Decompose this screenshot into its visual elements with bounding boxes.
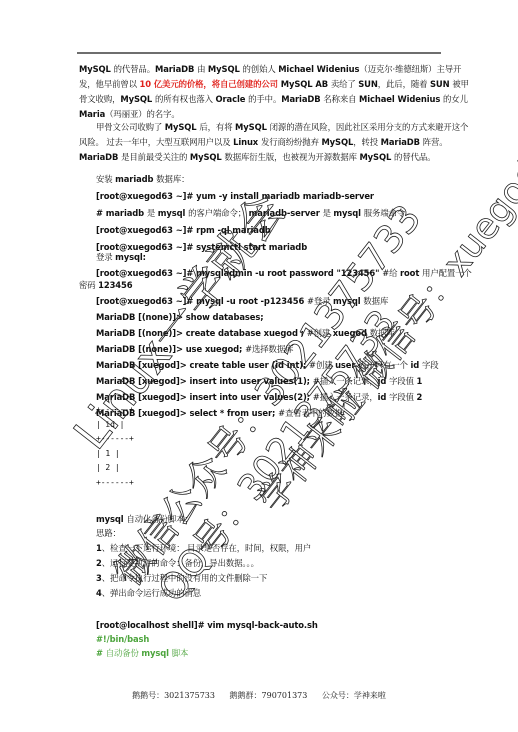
document-page: MySQL 的代替品。MariaDB 由 MySQL 的创始人 Michael … — [0, 0, 518, 732]
login-command-line: [root@xuegod63 ~]# mysql -u root -p12345… — [96, 296, 388, 307]
login-command-line: MariaDB [(none)]> use xuegod; #选择数据库 — [96, 344, 293, 355]
login-command-line: [root@xuegod63 ~]# mysqladmin -u root pa… — [96, 268, 472, 279]
backup-heading: mysql 自动化备份脚本： — [96, 514, 193, 525]
login-command-line: MariaDB [xuegod]> insert into user value… — [96, 392, 422, 403]
page-footer: 鹅鹅号：3021375733 鹅鹅群：790701373 公众号：学神来啦 — [0, 690, 518, 701]
intro-paragraph-line: 发，他早前曾以 10 亿美元的价格，将自己创建的公司 MySQL AB 卖给了 … — [79, 79, 469, 90]
shebang-line: #!/bin/bash — [96, 634, 149, 645]
intro-paragraph-line: 骨文收购，MySQL 的所有权也落入 Oracle 的手中。MariaDB 名称… — [79, 94, 468, 105]
footer-account: 公众号：学神来啦 — [322, 691, 386, 700]
intro-paragraph-line: MySQL 的代替品。MariaDB 由 MySQL 的创始人 Michael … — [79, 64, 461, 75]
login-command-line: MariaDB [(none)]> show databases; — [96, 312, 264, 323]
install-command-line: [root@xuegod63 ~]# rpm -ql mariadb — [96, 225, 271, 236]
install-command-line: # mariadb 是 mysql 的客户端命令； mariadb-server… — [96, 208, 405, 219]
login-command-line: MariaDB [xuegod]> create table user (id … — [96, 360, 439, 371]
install-command-line: [root@xuegod63 ~]# yum -y install mariad… — [96, 191, 374, 202]
backup-step: 3、把命令执行过程中的没有用的文件删除一下 — [96, 573, 267, 584]
intro-paragraph-line: 风险。 过去一年中，大型互联网用户以及 Linux 发行商纷纷抛弃 MySQL，… — [79, 137, 448, 148]
result-table-row: +------+ — [96, 477, 134, 488]
result-table-row: | 2 | — [96, 462, 120, 473]
login-heading: 登录 mysql: — [96, 252, 146, 263]
backup-step: 2、运行要执行的命令：备份，导出数据。。。 — [96, 558, 259, 569]
header-rule — [77, 52, 441, 54]
login-command-line: MariaDB [(none)]> create database xuegod… — [96, 328, 395, 339]
intro-paragraph-line: 甲骨文公司收购了 MySQL 后，有将 MySQL 闭源的潜在风险，因此社区采用… — [96, 122, 468, 133]
footer-group: 鹅鹅群：790701373 — [230, 691, 308, 700]
result-table-row: +------+ — [96, 433, 134, 444]
result-table-row: | 1 | — [96, 448, 120, 459]
intro-paragraph-line: MariaDB 是目前最受关注的 MySQL 数据库衍生版，也被视为开源数据库 … — [79, 152, 435, 163]
vim-command: [root@localhost shell]# vim mysql-back-a… — [96, 620, 318, 631]
install-heading: 安装 mariadb 数据库： — [96, 174, 189, 185]
footer-qq: 鹅鹅号：3021375733 — [132, 691, 215, 700]
backup-step: 1、检查一下运行环境： 目录是否存在，时间，权限，用户 — [96, 543, 311, 554]
script-comment: # 自动备份 mysql 脚本 — [96, 648, 188, 659]
thinking-label: 思路： — [96, 528, 121, 539]
login-command-line: MariaDB [xuegod]> insert into user value… — [96, 376, 422, 387]
backup-step: 4、弹出命令运行成功的消息 — [96, 588, 201, 599]
login-command-line: 密码 123456 — [79, 280, 133, 291]
intro-paragraph-line: Maria（玛丽亚）的名字。 — [79, 109, 180, 120]
result-table-row: +------+ — [96, 404, 134, 415]
result-table-row: | id | — [96, 419, 124, 430]
